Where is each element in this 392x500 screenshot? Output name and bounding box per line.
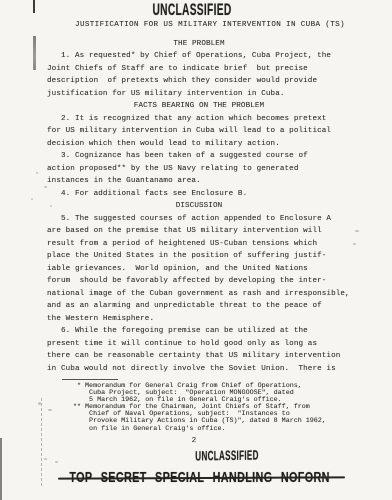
text-line: 5. The suggested courses of action appen… [47,213,325,226]
text-line: present time it will continue to hold go… [47,338,325,351]
text-line: description of pretexts which they consi… [47,75,325,88]
scan-artifact [33,36,36,70]
text-line: iable grievances. World opinion, and the… [47,263,325,276]
text-line: in Cuba would not directly involve the S… [47,363,325,376]
text-line: are based on the premise that US militar… [47,225,325,238]
page-number: 2 [55,435,333,448]
document-title: JUSTIFICATION FOR US MILITARY INTERVENTI… [71,19,349,32]
text-line: decision which then would lead to milita… [47,138,325,151]
footnotes: * Memorandum for General Craig from Chie… [47,383,325,433]
text-line: place the United States in the position … [47,250,325,263]
text-line: for US military intervention in Cuba wil… [47,125,325,138]
text-line: there can be reasonable certainty that U… [47,350,325,363]
text-line: Joint Chiefs of Staff are to indicate br… [47,63,325,76]
text-line: national image of the Cuban government a… [47,288,325,301]
text-line: instances in the Guantanamo area. [47,175,325,188]
document-sections: THE PROBLEM 1. As requested* by Chief of… [47,38,325,376]
section-heading: THE PROBLEM [60,38,338,51]
scan-artifact [44,186,47,188]
text-line: 4. For additional facts see Enclosure B. [47,188,325,201]
scanned-document-page: UNCLASSIFIED JUSTIFICATION FOR US MILITA… [0,0,392,500]
unclassified-stamp-bottom: UNCLASSIFIED [177,447,278,463]
text-line: action proposed** by the US Navy relatin… [47,163,325,176]
scan-artifact [44,458,47,460]
scan-artifact [33,0,35,13]
document-body: JUSTIFICATION FOR US MILITARY INTERVENTI… [47,19,325,447]
classification-footer: TOP SECRET SPECIAL HANDLING NOFORN [0,469,392,491]
text-line: 6. While the foregoing premise can be ut… [47,325,325,338]
scan-artifact [31,198,33,200]
text-line: forum should be favorably affected by de… [47,275,325,288]
text-line: 3. Cognizance has been taken of a sugges… [47,150,325,163]
scan-artifact [38,402,41,405]
text-line: 1. As requested* by Chief of Operations,… [47,50,325,63]
footnote-line: on file in General Craig's office. [73,426,325,433]
text-line: and as an alarming and unpredictable thr… [47,300,325,313]
text-line: result from a period of heightened US-Cu… [47,238,325,251]
scan-artifact [41,398,42,486]
section-heading: FACTS BEARING ON THE PROBLEM [60,100,338,113]
text-line: justification for US military interventi… [47,88,325,101]
scan-artifact [55,461,58,463]
text-line: 2. It is recognized that any action whic… [47,113,325,126]
text-line: the Western Hemisphere. [47,313,325,326]
scan-artifact [48,409,52,411]
footnote-separator [62,379,118,380]
scan-artifact [353,243,356,245]
section-heading: DISCUSSION [60,200,338,213]
unclassified-stamp-top: UNCLASSIFIED [142,0,243,20]
scan-artifact [355,230,359,232]
scan-artifact [50,205,52,207]
scan-artifact [0,438,2,500]
scan-artifact [36,172,38,174]
